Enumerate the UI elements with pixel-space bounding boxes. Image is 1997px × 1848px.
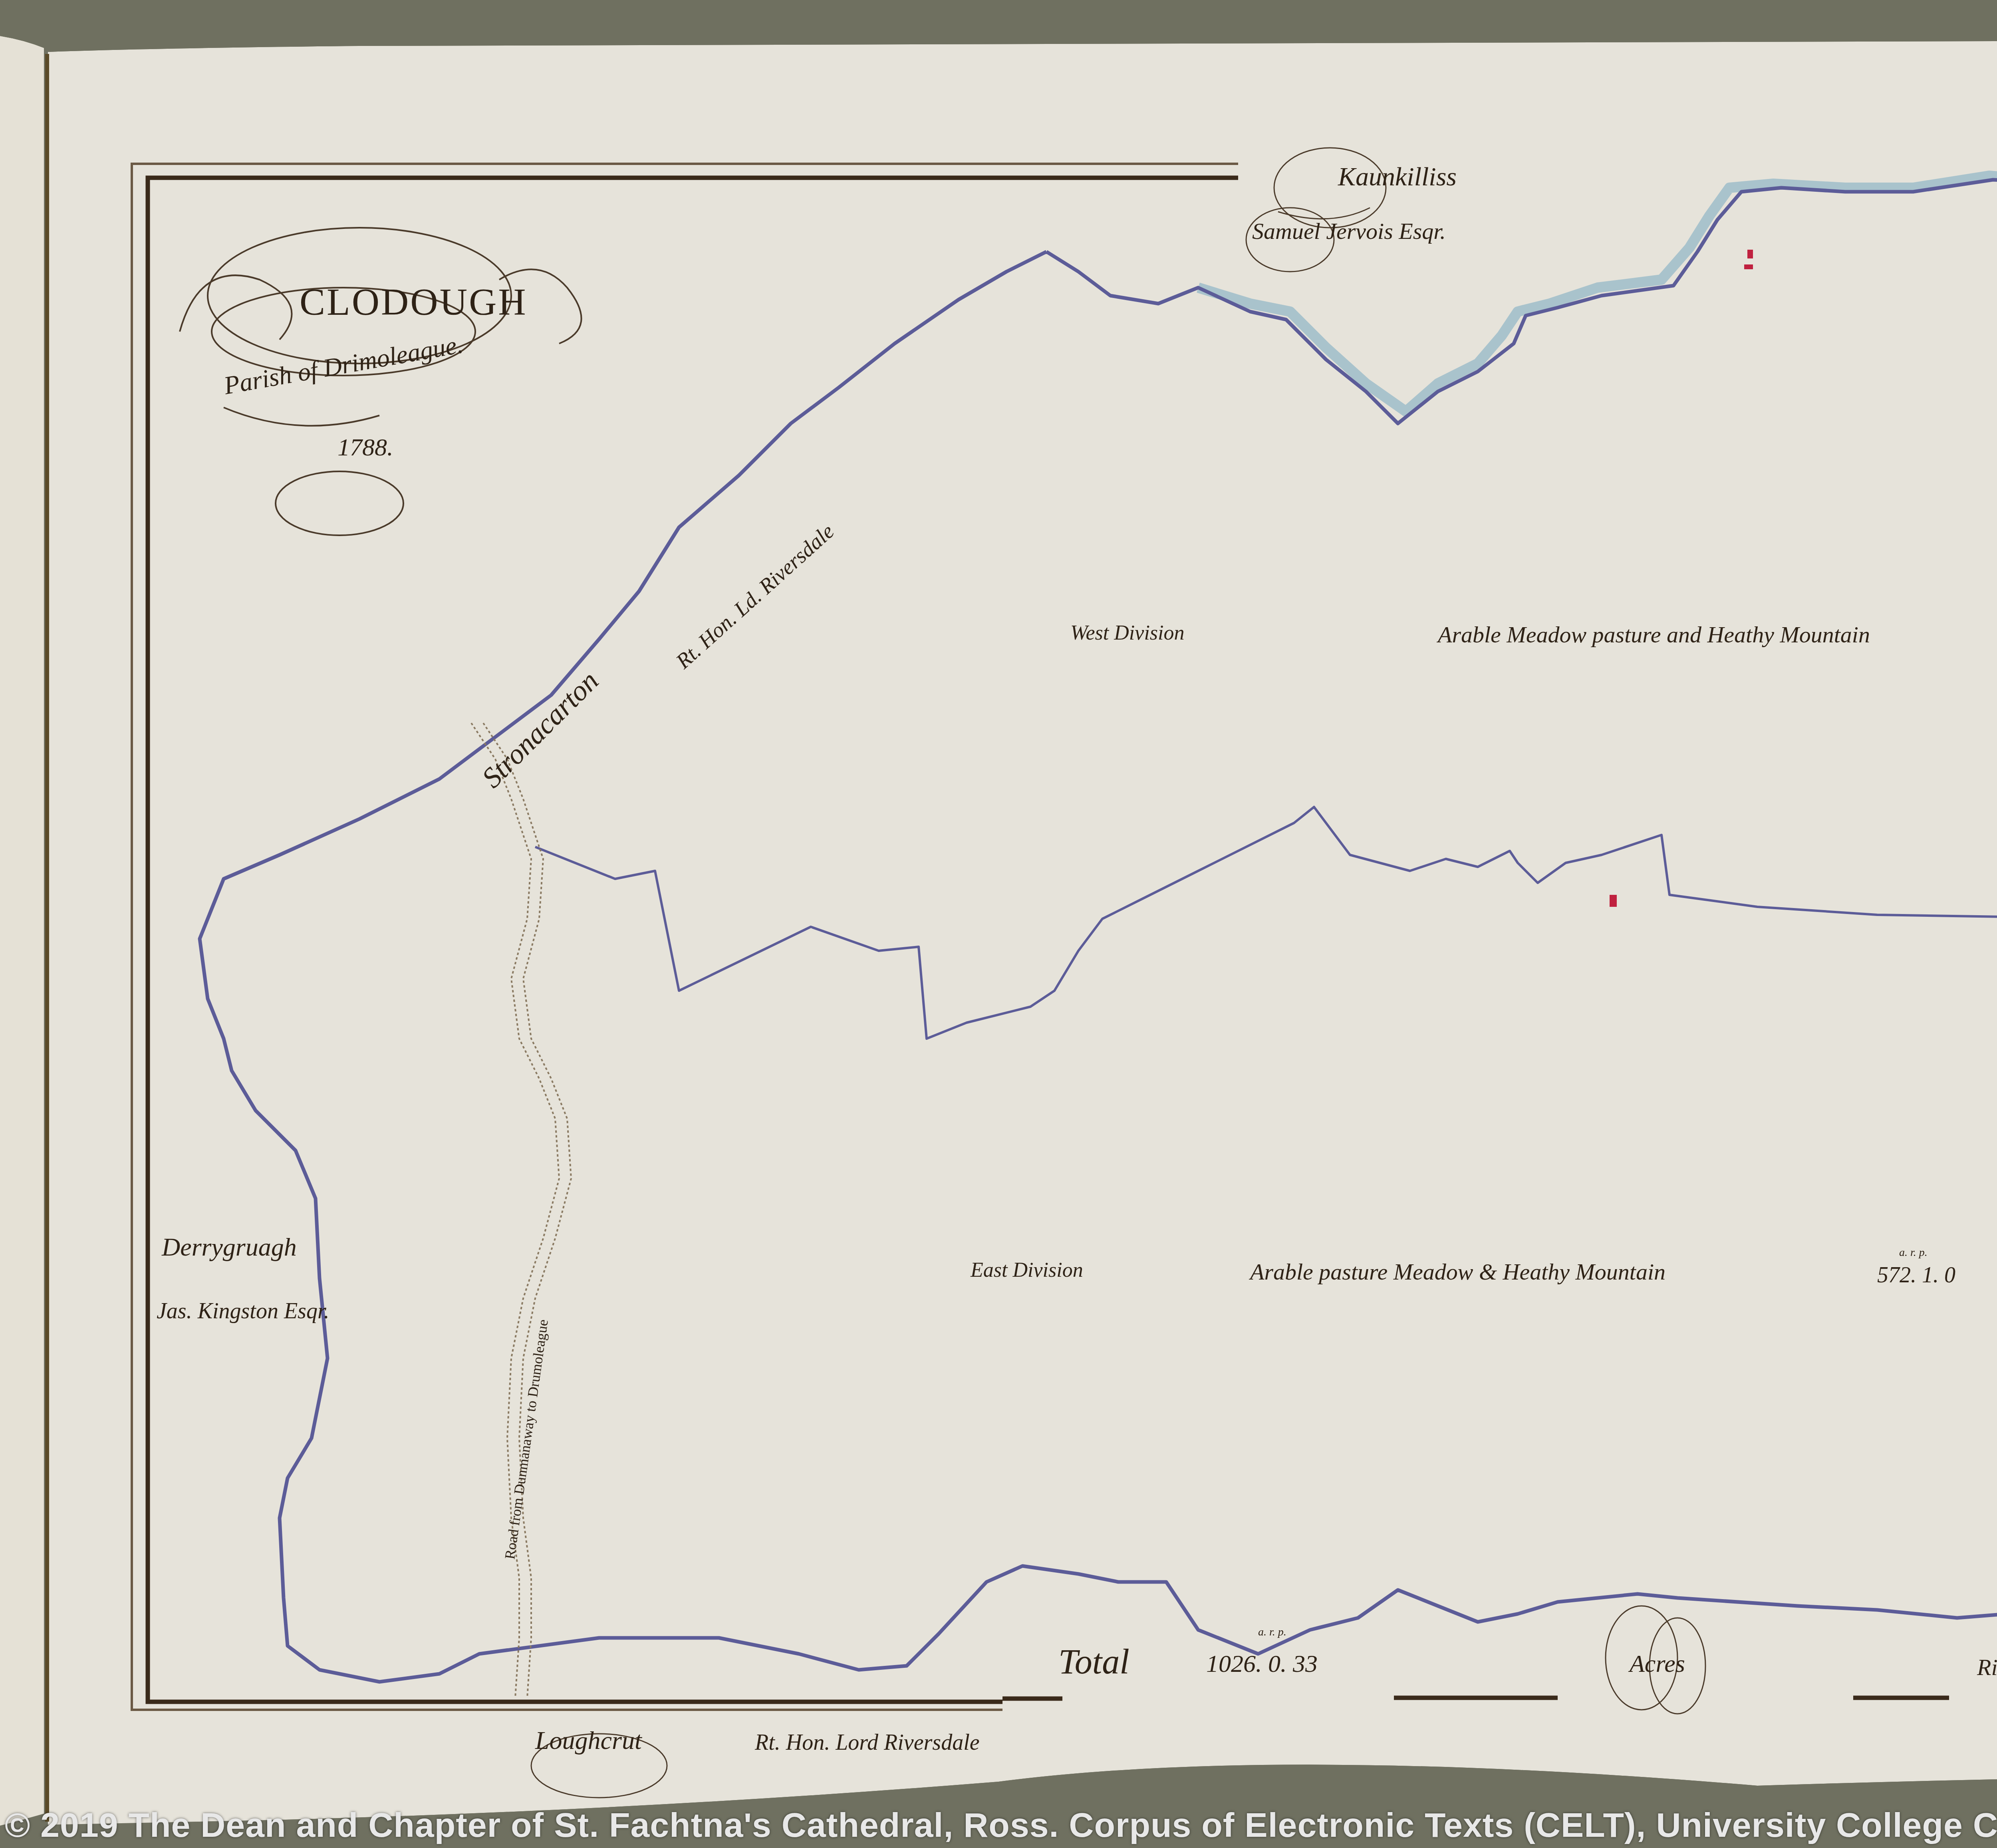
marker-field-2b (1744, 264, 1753, 269)
east-division-area: 572. 1. 0 (1877, 1262, 1955, 1288)
neighbour-north-owner: Samuel Jervois Esqr. (1252, 218, 1446, 244)
total-units: a. r. p. (1258, 1626, 1286, 1639)
neighbour-south-centre-owner: Richd. O'Donovan Esqr. (1977, 1654, 1997, 1681)
neighbour-south-townland: Loughcrut (535, 1726, 642, 1755)
copyright-notice: © 2019 The Dean and Chapter of St. Facht… (5, 1806, 1997, 1845)
left-page-edge (0, 36, 44, 1826)
neighbour-north-townland: Kaunkilliss (1338, 162, 1457, 192)
west-division-description: Arable Meadow pasture and Heathy Mountai… (1438, 621, 1870, 648)
map-year: 1788. (337, 433, 393, 462)
map-drawing (0, 0, 1997, 1848)
neighbour-south-owner: Rt. Hon. Lord Riversdale (755, 1730, 980, 1755)
map-title: Clodough (300, 280, 528, 324)
total-area: 1026. 0. 33 (1206, 1650, 1318, 1678)
east-division-description: Arable pasture Meadow & Heathy Mountain (1250, 1258, 1665, 1285)
marker-field-2 (1747, 250, 1753, 258)
east-division-units: a. r. p. (1899, 1246, 1928, 1259)
map-page: Clodough Parish of Drimoleague. 1788. 27… (0, 0, 1997, 1848)
marker-field-1 (1610, 895, 1617, 907)
total-unit-word: Acres (1630, 1650, 1685, 1678)
neighbour-west-townland: Derrygruagh (162, 1232, 297, 1262)
east-division-name: East Division (971, 1258, 1083, 1282)
west-division-name: West Division (1070, 621, 1185, 645)
total-label: Total (1058, 1642, 1130, 1682)
neighbour-west-owner: Jas. Kingston Esqr. (157, 1298, 330, 1324)
